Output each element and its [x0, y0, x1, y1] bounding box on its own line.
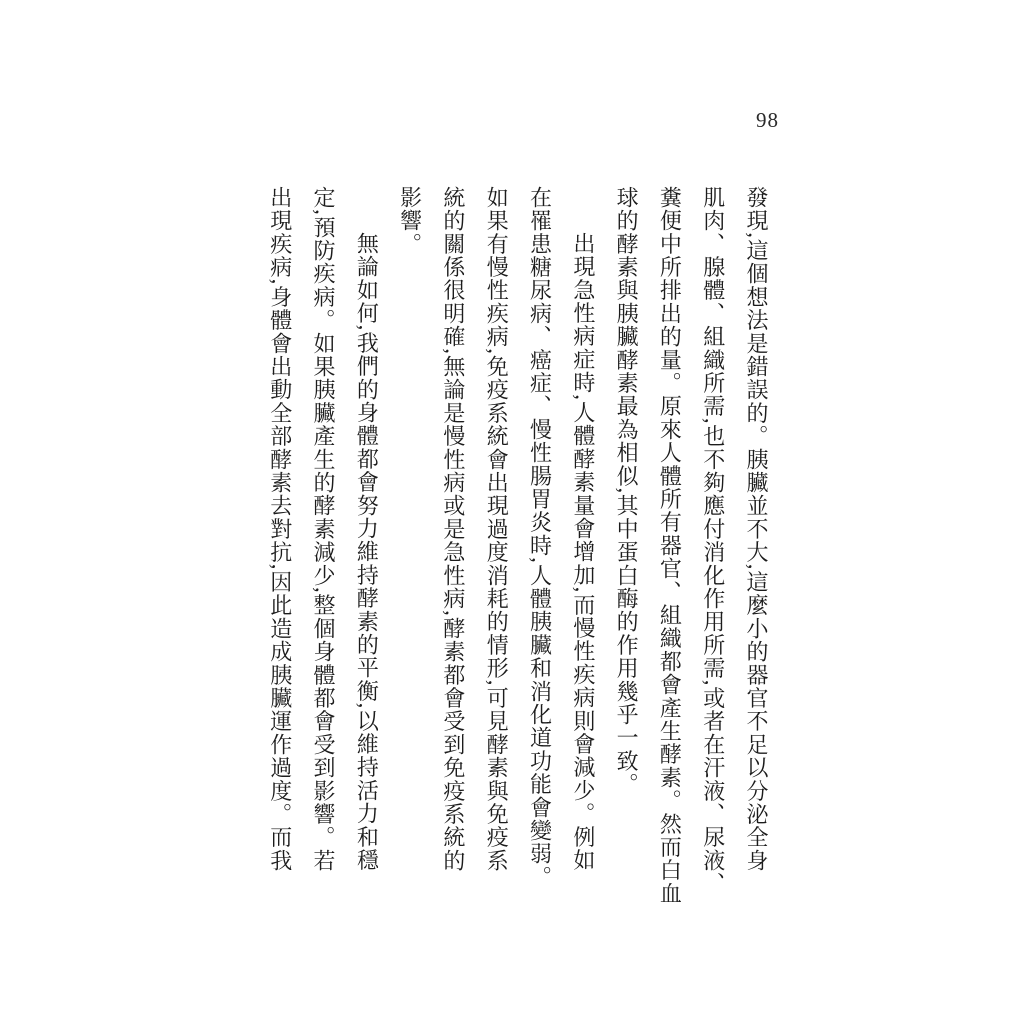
text-column-line: 糞便中所排出的量。原來人體所有器官、組織都會產生酵素。然而白血: [648, 186, 691, 934]
text-column-line: 球的酵素與胰臟酵素最為相似,其中蛋白酶的作用幾乎一致。: [605, 186, 648, 934]
text-column-line: 統的關係很明確,無論是慢性病或是急性病,酵素都會受到免疫系統的: [432, 186, 475, 934]
text-column-line: 出現疾病,身體會出動全部酵素去對抗,因此造成胰臟運作過度。而我: [258, 186, 301, 934]
text-column-line: 定,預防疾病。如果胰臟產生的酵素減少,整個身體都會受到影響。若: [302, 186, 345, 934]
page-number: 98: [756, 108, 779, 133]
text-column-line: 發現,這個想法是錯誤的。胰臟並不大,這麼小的器官不足以分泌全身: [735, 186, 778, 934]
page-text: 發現,這個想法是錯誤的。胰臟並不大,這麼小的器官不足以分泌全身肌肉、腺體、組織所…: [258, 186, 778, 934]
text-column-line: 影響。: [388, 186, 431, 934]
text-column-line: 如果有慢性疾病,免疫系統會出現過度消耗的情形,可見酵素與免疫系: [475, 186, 518, 934]
text-column-line: 在罹患糖尿病、癌症、慢性腸胃炎時,人體胰臟和消化道功能會變弱。: [518, 186, 561, 934]
book-page: 98 發現,這個想法是錯誤的。胰臟並不大,這麼小的器官不足以分泌全身肌肉、腺體、…: [0, 0, 1024, 1024]
text-column-line: 出現急性病症時,人體酵素量會增加,而慢性疾病則會減少。例如: [562, 186, 605, 934]
text-column-line: 無論如何,我們的身體都會努力維持酵素的平衡,以維持活力和穩: [345, 186, 388, 934]
text-column-line: 肌肉、腺體、組織所需,也不夠應付消化作用所需,或者在汗液、尿液、: [691, 186, 734, 934]
